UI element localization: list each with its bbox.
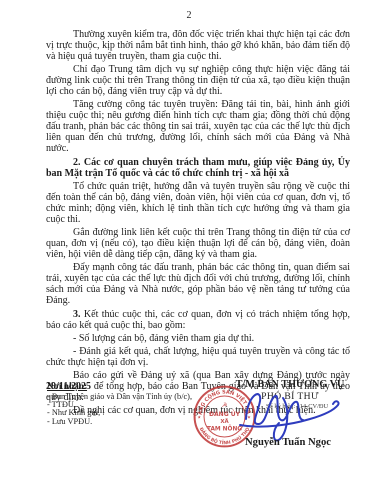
- section-2-heading: 2. Các cơ quan chuyên trách tham mưu, gi…: [46, 157, 350, 179]
- paragraph-monitoring: Thường xuyên kiểm tra, đôn đốc việc triể…: [46, 29, 350, 62]
- recipients-block: Nơi nhận: - Ban Tuyên giáo và Dân vận Tỉ…: [47, 383, 212, 426]
- paragraph-counter-argument: Đẩy mạnh công tác đấu tranh, phản bác cá…: [46, 262, 350, 306]
- report-item-evaluation: - Đánh giá kết quả, chất lượng, hiệu quả…: [46, 346, 350, 368]
- paragraph-dissemination: Tổ chức quán triệt, hướng dẫn và tuyên t…: [46, 181, 350, 225]
- hammer-sickle-icon: ☭: [222, 402, 228, 409]
- recipients-label: Nơi nhận:: [47, 383, 212, 391]
- signature-stroke: [246, 394, 303, 424]
- page-number: 2: [0, 10, 378, 21]
- paragraph-propaganda: Tăng cường công tác tuyên truyền: Đăng t…: [46, 99, 350, 154]
- paragraph-link-embed: Gắn đường link liên kết cuộc thi trên Tr…: [46, 227, 350, 260]
- star-icon: ★: [197, 414, 201, 419]
- signer-name: Nguyễn Tuấn Ngọc: [213, 437, 363, 448]
- recipient-item: - Lưu VPĐU.: [47, 418, 212, 426]
- section-3-number: 3.: [73, 309, 81, 320]
- report-item-quantity: - Số lượng cán bộ, đảng viên tham gia dự…: [46, 333, 350, 344]
- section-3-heading: 3. Kết thúc cuộc thi, các cơ quan, đơn v…: [46, 309, 350, 331]
- document-page: 2 Thường xuyên kiểm tra, đôn đốc việc tr…: [0, 0, 378, 500]
- section-3-text: Kết thúc cuộc thi, các cơ quan, đơn vị c…: [46, 309, 350, 331]
- stamp-center-line2: XÃ: [220, 418, 229, 425]
- paragraph-service-center: Chỉ đạo Trung tâm dịch vụ sự nghiệp công…: [46, 64, 350, 97]
- document-body: Thường xuyên kiểm tra, đôn đốc việc triể…: [46, 29, 350, 418]
